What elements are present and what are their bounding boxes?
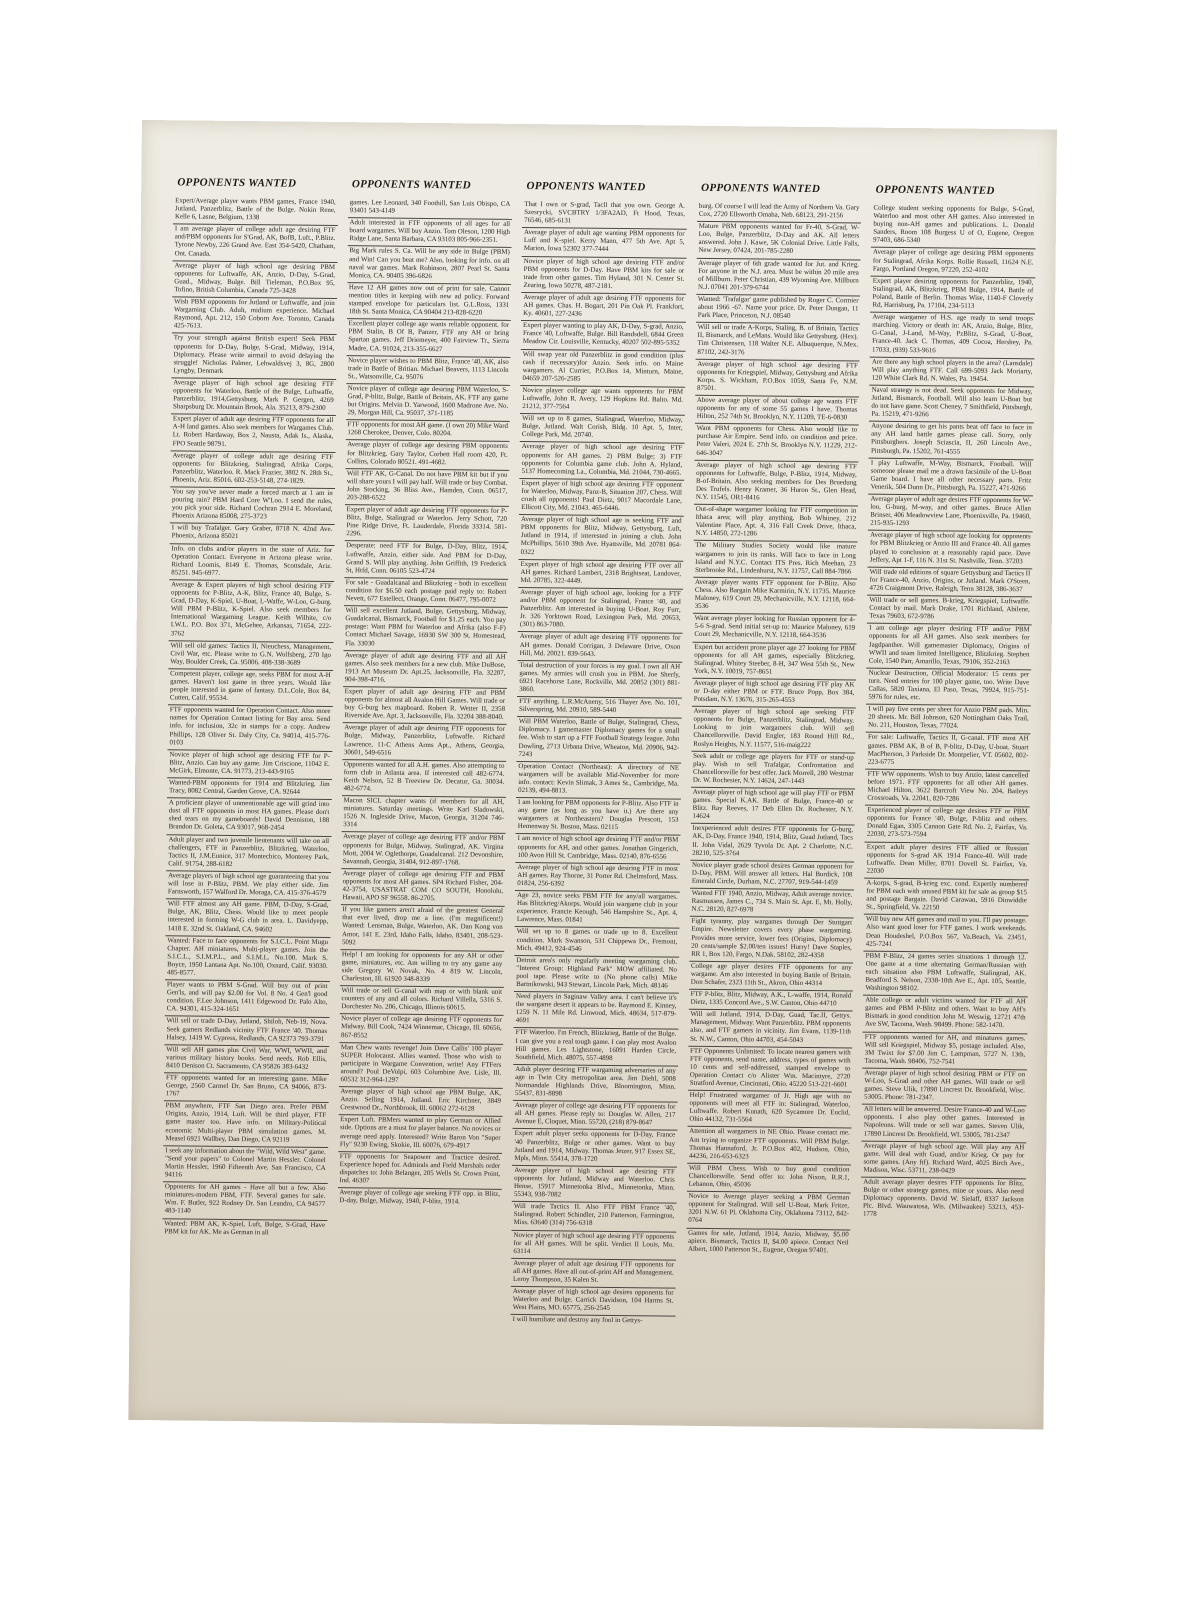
- classified-ad: FTF opponents wanted for AH, and minatur…: [862, 1032, 1027, 1070]
- classified-ad: Average player of high school age lookin…: [868, 531, 1033, 569]
- column-3: OPPONENTS WANTEDThat I own or S-grad, Ta…: [510, 180, 687, 1346]
- classified-ad: Average player of adult age desiring FTF…: [511, 1259, 676, 1289]
- classified-ad: Will FTF AK, G-Canal. Do not have PBM ki…: [345, 469, 510, 507]
- classified-ad: Wish PBM opponents for Jutland or Luftwa…: [172, 297, 337, 335]
- classified-ad: Want average player looking for Russian …: [692, 614, 857, 644]
- classified-ad: FTF opponents wanted for an interesting …: [164, 1073, 329, 1103]
- classified-ad: Wanted: PBM AK, K-Spiel, Luft, Bulge, S-…: [162, 1219, 327, 1240]
- classified-ad: Will trade or sell games. B-krieg, Krieg…: [867, 596, 1032, 626]
- classified-ad: Are there any high school players in the…: [870, 357, 1035, 387]
- classified-ad: Help! I am looking for opponents for any…: [340, 950, 505, 988]
- classified-ad: The Military Studies Society would like …: [693, 541, 858, 579]
- classified-ad: Wanted: 'Trafalgar' game published by Ro…: [696, 295, 861, 325]
- classified-ad: Want PBM opponents for Chess. Also would…: [694, 424, 859, 462]
- column-heading: OPPONENTS WANTED: [701, 182, 862, 198]
- classified-ad: Seek adult or college age players for FT…: [691, 751, 856, 789]
- classified-ad: Average player of high school age desiri…: [519, 442, 684, 480]
- classified-ad: Anyone desiring to get his pants beat of…: [869, 422, 1034, 460]
- column-heading: OPPONENTS WANTED: [526, 180, 687, 196]
- classified-ad: Wanted FTF 1940, Anzio, Midway, Adult av…: [689, 889, 854, 919]
- column-1: OPPONENTS WANTEDExpert/Average player wa…: [161, 176, 338, 1342]
- classified-ad: Man Chew wants revenge! Join Dave Callis…: [338, 1043, 503, 1089]
- classified-ad: Desperate: need FTF for Bulge, D-Day, Bl…: [344, 542, 509, 580]
- classified-ad: Info. on clubs and/or players in the sta…: [169, 544, 334, 582]
- classified-ad: Will PBM Waterloo, Battle of Bulge, Stal…: [516, 717, 681, 763]
- classified-ad: Able college or adult victims wanted for…: [863, 996, 1028, 1034]
- classified-ad: Fight tyranny, play wargames through Der…: [689, 917, 854, 963]
- classified-ad: Attention all wargamers in NE Ohio. Plea…: [687, 1127, 852, 1165]
- classified-ad: Average player of high school age seekin…: [691, 707, 856, 753]
- classified-ad: Average player of high school age desiri…: [172, 261, 337, 299]
- classified-ad: Will sell excellent Jutland, Bulge, Gett…: [343, 606, 508, 652]
- classified-ad: Average player of adult age desiring FTF…: [343, 651, 508, 689]
- classified-ad: A-korps, S-grad, B-krieg exc. cond. Expe…: [864, 879, 1029, 917]
- classified-ad: I play Luftwaffe, M-Way, Bismarck, Footb…: [869, 458, 1034, 496]
- classified-ad: For sale: Luftwaffe, Tactics II, G-canal…: [866, 733, 1031, 771]
- column-heading: OPPONENTS WANTED: [876, 184, 1037, 200]
- classified-ad: I am average player of college adult age…: [173, 225, 338, 263]
- classified-ad: Excellent player college age wants relia…: [346, 319, 511, 357]
- classified-ad: Will trade old editions of square Gettys…: [867, 567, 1032, 597]
- classified-ad: PBM anywhere, FTF San Diego area. Prefer…: [163, 1102, 328, 1148]
- classified-ad: Games for sale, Jutland, 1914, Anzio, Mi…: [686, 1228, 851, 1257]
- classified-ad: FTF WW opponents. Wish to buy Anzio, lat…: [865, 769, 1030, 807]
- classified-ad: Average player of high school age desiri…: [512, 1166, 677, 1204]
- classified-ad: Average player of college age desiring F…: [340, 869, 505, 907]
- classified-ad: Macon SICL chapter wants (if members for…: [341, 796, 506, 834]
- classified-ad: All letters will be answered. Desire Fra…: [862, 1105, 1027, 1143]
- classified-ad: Novice to Average player seeking a PBM G…: [686, 1192, 851, 1230]
- classified-ad: Average player of 6th grade wanted for J…: [696, 258, 861, 296]
- column-4: OPPONENTS WANTEDburg. Of course I will l…: [685, 182, 862, 1348]
- classified-ad: Average player of high school age desiri…: [515, 863, 680, 893]
- classified-ad: FTF Waterloo. I'm French, Blitzkrieg, Ba…: [513, 1028, 678, 1066]
- classified-ad: Average player of high school age is see…: [519, 515, 684, 561]
- classified-ad: Will trade or sell G-canal with map or w…: [339, 986, 504, 1016]
- classified-ad: Will FTF almost any AH game. PBM, D-Day,…: [165, 900, 330, 938]
- classified-ad: Above average player of about college ag…: [695, 396, 860, 426]
- classified-ad: Adult player desiring FTF wargaming adve…: [513, 1065, 678, 1103]
- classified-ad: Competent player, college age, seeks PBM…: [168, 669, 333, 707]
- classified-ad: Will sell old games: Tactics II, Nieuche…: [168, 641, 333, 671]
- classified-ad: Inexperienced adult desires FTF opponent…: [690, 824, 855, 862]
- classified-ad: Average player of high school age desiri…: [695, 359, 860, 397]
- classified-ad: Expert player of high school age desirin…: [519, 479, 684, 517]
- classified-ad: You say you've never made a forced march…: [170, 487, 335, 525]
- classified-ad: Average player of high school age desire…: [511, 1287, 676, 1317]
- classified-ad: Average players of high school age guara…: [166, 871, 331, 901]
- classified-ad: Expert but accident prone player age 27 …: [692, 642, 857, 680]
- classified-ad: FTF P-blitz, Blitz, Midway, A.K., L-waff…: [689, 990, 854, 1012]
- classified-ad: PBM P-Blitz, 24 games series situations …: [863, 951, 1028, 997]
- classified-ad: Will PBM Chess. Wish to buy good conditi…: [687, 1164, 852, 1194]
- classified-ad: Adult interested in FTF opponents of all…: [347, 218, 512, 248]
- classified-ad: That I own or S-grad, Tacll that you own…: [522, 200, 687, 230]
- classified-ad: I will pay five cents per sheet for Anzi…: [866, 705, 1031, 735]
- classified-ad: Help! Frustrated wargamer of Jr. High ag…: [687, 1091, 852, 1129]
- classified-ad: Average player of college adult age desi…: [170, 451, 335, 489]
- classified-ad: burg. Of course I will lead the Army of …: [697, 202, 862, 224]
- classified-ad: Adult player and two juvenile lieutenant…: [166, 835, 331, 873]
- column-5: OPPONENTS WANTEDCollege student seeking …: [860, 184, 1037, 1350]
- classified-ad: Average player of adult age desiring FTF…: [518, 632, 683, 662]
- classified-ad: Expert player of adult age desiring FTF …: [342, 687, 507, 725]
- classified-ad: Average player of adult age desiring FTF…: [342, 723, 507, 761]
- classified-ad: Expert adult player desires FTF allied o…: [864, 842, 1029, 880]
- classified-ad: Average player of high school age desiri…: [692, 679, 857, 709]
- classified-ad: Will trade Tactics II. Also FTF PBM Fran…: [512, 1202, 677, 1232]
- classified-ad: Expert/Average player wants PBM games, F…: [173, 196, 338, 226]
- classified-ad: Novice player of high school age desirin…: [511, 1230, 676, 1260]
- classified-ad: Novice player of college age desiring PB…: [345, 384, 510, 422]
- column-heading: OPPONENTS WANTED: [177, 176, 338, 192]
- classified-ad: Average player of high school age will p…: [690, 788, 855, 826]
- classified-ad: Average player of adult age desiring FTF…: [521, 293, 686, 323]
- classified-ad: Expert player of adult age desiring FTF …: [344, 505, 509, 543]
- classified-ad: Expert Luft. PBMers wanted to play Germa…: [338, 1115, 503, 1153]
- classified-ad: Expert player of high school age desirin…: [518, 560, 683, 590]
- classified-ad: Age 23, novice seeks PBM FTF for any/all…: [515, 891, 680, 929]
- classified-ad: FTF Opponents Unlimited: To locate neare…: [688, 1046, 853, 1092]
- classified-ad: I seek any information about the "Wild, …: [163, 1146, 328, 1184]
- classified-ad: Wanted-PBM opponents for 1914 and Blitzk…: [167, 778, 332, 800]
- classified-ad: Mature PBM opponents wanted for Fr-40, S…: [696, 222, 861, 260]
- classified-ad: Adult average player desires FTF opponen…: [861, 1178, 1026, 1223]
- classified-ad: If you like gamers aren't afraid of the …: [340, 905, 505, 951]
- classified-ad: Will buy new AH games and mail to you. I…: [864, 915, 1029, 953]
- classified-ad: Expert player wanting to play AK, D-Day,…: [521, 321, 686, 351]
- classified-ad: College age player desires FTF opponents…: [689, 962, 854, 992]
- classified-ad: I will humiliate and destroy any fool in…: [511, 1315, 676, 1328]
- classified-ad: Will sell AH games plus Civil War, WWI, …: [164, 1045, 329, 1075]
- classified-ad: Experienced player of college age desire…: [865, 806, 1030, 844]
- classified-ad: Player wants to PBM S-Grad. Will buy out…: [165, 980, 330, 1018]
- column-heading: OPPONENTS WANTED: [352, 178, 513, 194]
- classified-ad: Total destruction of your forces is my g…: [517, 661, 682, 699]
- classified-ad: FTF opponents wanted for Operation Conta…: [167, 706, 332, 752]
- classified-ad: Average player wants FTF opponent for P-…: [693, 578, 858, 616]
- column-2: OPPONENTS WANTEDgames. Lee Leonard, 340 …: [336, 178, 513, 1344]
- classified-ad: I will buy Trafalger. Gary Graber, 8718 …: [170, 524, 335, 546]
- classified-ad: Detroit area's only regularly meeting wa…: [514, 956, 679, 994]
- classified-ad: A proficient player of unmentionable age…: [167, 798, 332, 836]
- classified-ad: Average player of high school desiring P…: [862, 1069, 1027, 1107]
- classified-ad: FTF opponents for Seapower and Tractice …: [337, 1152, 502, 1190]
- classified-ad: I am novice of high school age desiring …: [515, 834, 680, 864]
- classified-ad: Average player of high school age. Will …: [861, 1141, 1026, 1179]
- classified-ad: Need players in Saginaw Valley area. I c…: [514, 992, 679, 1030]
- classified-ad: Big Mark rules S. Ca. Will be any side i…: [347, 247, 512, 285]
- classified-ad: Average player of college age desiring F…: [341, 833, 506, 871]
- classified-ad: Novice player of high school age desirin…: [167, 750, 332, 780]
- classified-ad: FTF anything. L.R.McAneny, 516 Thayer Av…: [517, 697, 682, 719]
- classified-ad: College student seeking opponents for Bu…: [871, 204, 1036, 250]
- classified-ad: Average player of high school age, looki…: [518, 588, 683, 634]
- classified-ad: Novice player grade school desires Germa…: [690, 861, 855, 891]
- classified-ad: Average player of adult age desires FTF …: [868, 495, 1033, 533]
- classified-ad: FTF opponents for most AH game. (I own 2…: [345, 420, 510, 442]
- classified-ad: Wanted: Face to face opponents for S.I.C…: [165, 936, 330, 982]
- classified-ad: Will set up to 8 games, Stalingrad, Wate…: [520, 414, 685, 444]
- classified-ad: Operation Contact (Northeast): A directo…: [516, 762, 681, 800]
- classified-ad: Average player of college age desiring F…: [513, 1101, 678, 1131]
- classified-ad: Will sell or trade D-Day, Jutland, Shilo…: [164, 1017, 329, 1047]
- classified-ad: Novice player of high school age desirin…: [521, 257, 686, 295]
- classified-ad: Opponents wanted for all A.H. games. Als…: [342, 760, 507, 798]
- classified-ad: Novice player of college age desiring FT…: [339, 1014, 504, 1044]
- classified-ad: Average player of college age desiring P…: [871, 248, 1036, 278]
- classified-ad: Nuclear Destruction, Official Moderator:…: [866, 668, 1031, 706]
- classified-ad: Average player of college age desiring P…: [345, 441, 510, 471]
- classified-ad: Will sell or trade A-Korps, Staling, B. …: [695, 323, 860, 361]
- classified-ad: Novice player college age wants opponent…: [520, 386, 685, 416]
- classified-ad: Will set up to 8 games or trade up to 8.…: [514, 927, 679, 957]
- classified-ad: Will swap year old Panzerblitz in good c…: [520, 349, 685, 387]
- classified-ad: Expert player desiring opponents for Pan…: [870, 276, 1035, 314]
- classified-ad: Average player of high school age desiri…: [171, 378, 336, 416]
- classified-ad: Opponents for AH games - Have all but a …: [162, 1182, 327, 1220]
- classified-ad: Expert player of adult age desiring FTF …: [171, 415, 336, 453]
- classified-ad: Average player of adult age wanting PBM …: [522, 228, 687, 258]
- classified-ad: Try your strength against British expert…: [171, 334, 336, 380]
- classified-ad: Have 12 AH games now out of print for sa…: [347, 283, 512, 321]
- classified-ad: Average player of high school age PBM Bu…: [338, 1087, 503, 1117]
- classified-ad: Average player of college age seeking FT…: [337, 1188, 502, 1209]
- classified-ad: Will sell Jutland, 1914, D-Day, Guad, Ta…: [688, 1010, 853, 1048]
- classified-ad: Out-of-shape wargamer looking for FTF co…: [693, 505, 858, 543]
- classified-ad: Naval strategy is not dead. Seek opponen…: [869, 386, 1034, 424]
- classified-ad: Expert adult player seeks opponents for …: [512, 1129, 677, 1167]
- classified-ad: For sale - Guadalcanal and Blitzkrieg - …: [344, 578, 509, 608]
- classified-ad: Average wargamer of H.S. age ready to se…: [870, 313, 1035, 359]
- classified-ad: Novice player wishes to PBM Blitz, Franc…: [346, 356, 511, 386]
- magazine-page: OPPONENTS WANTEDExpert/Average player wa…: [128, 120, 1057, 1430]
- classified-ad: Average player of high school age desiri…: [694, 460, 859, 506]
- classified-ad: I am college age player desiring FTF and…: [867, 624, 1032, 670]
- classified-ad: games. Lee Leonard, 340 Foothill, San Lu…: [348, 198, 513, 220]
- classified-ad: Average & Expert players of high school …: [169, 580, 334, 642]
- classified-ad: I am looking for PBM opponents for P-Bli…: [516, 798, 681, 836]
- classified-columns: OPPONENTS WANTEDExpert/Average player wa…: [161, 176, 1036, 1349]
